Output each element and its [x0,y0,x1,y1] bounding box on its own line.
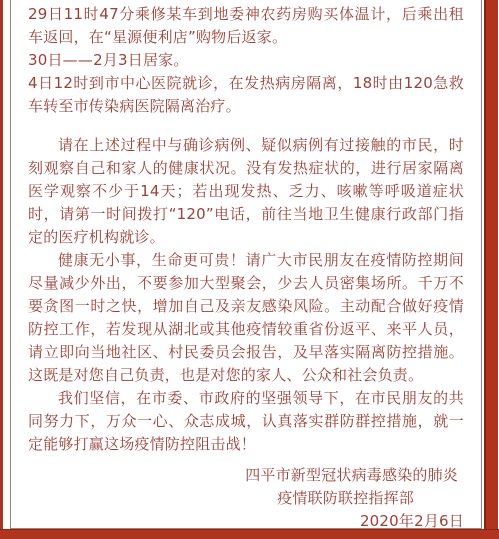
notice-paragraph-advice-contact: 请在上述过程中与确诊病例、疑似病例有过接触的市民，时刻观察自己和家人的健康状况。… [28,134,464,249]
signature-block: 四平市新型冠状病毒感染的肺炎 疫情联防联控指挥部 2020年2月6日 [28,464,464,533]
outer-border-left [0,0,3,539]
notice-paragraph-timeline-1: 29日11时47分乘修某车到地委神农药房购买体温计，后乘出租车返回，在“星源便利… [28,3,464,49]
outer-border-right [484,0,498,539]
signature-org-line1: 四平市新型冠状病毒感染的肺炎 [28,464,464,487]
signature-org-line2: 疫情联防联控指挥部 [28,487,464,510]
notice-body: 29日11时47分乘修某车到地委神农药房购买体温计，后乘出租车返回，在“星源便利… [28,3,464,533]
notice-paragraph-timeline-2: 30日——2月3日居家。 [28,49,464,72]
notice-paragraph-timeline-3: 4日12时到市中心医院就诊，在发热病房隔离，18时由120急救车转至市传染病医院… [28,72,464,118]
notice-paragraph-advice-health: 健康无小事，生命更可贵！请广大市民朋友在疫情防控期间尽量减少外出，不要参加大型聚… [28,249,464,387]
signature-date: 2020年2月6日 [28,510,464,533]
notice-paragraph-closing: 我们坚信，在市委、市政府的坚强领导下，在市民朋友的共同努力下，万众一心、众志成城… [28,387,464,456]
notice-page: 29日11时47分乘修某车到地委神农药房购买体温计，后乘出租车返回，在“星源便利… [0,0,499,539]
